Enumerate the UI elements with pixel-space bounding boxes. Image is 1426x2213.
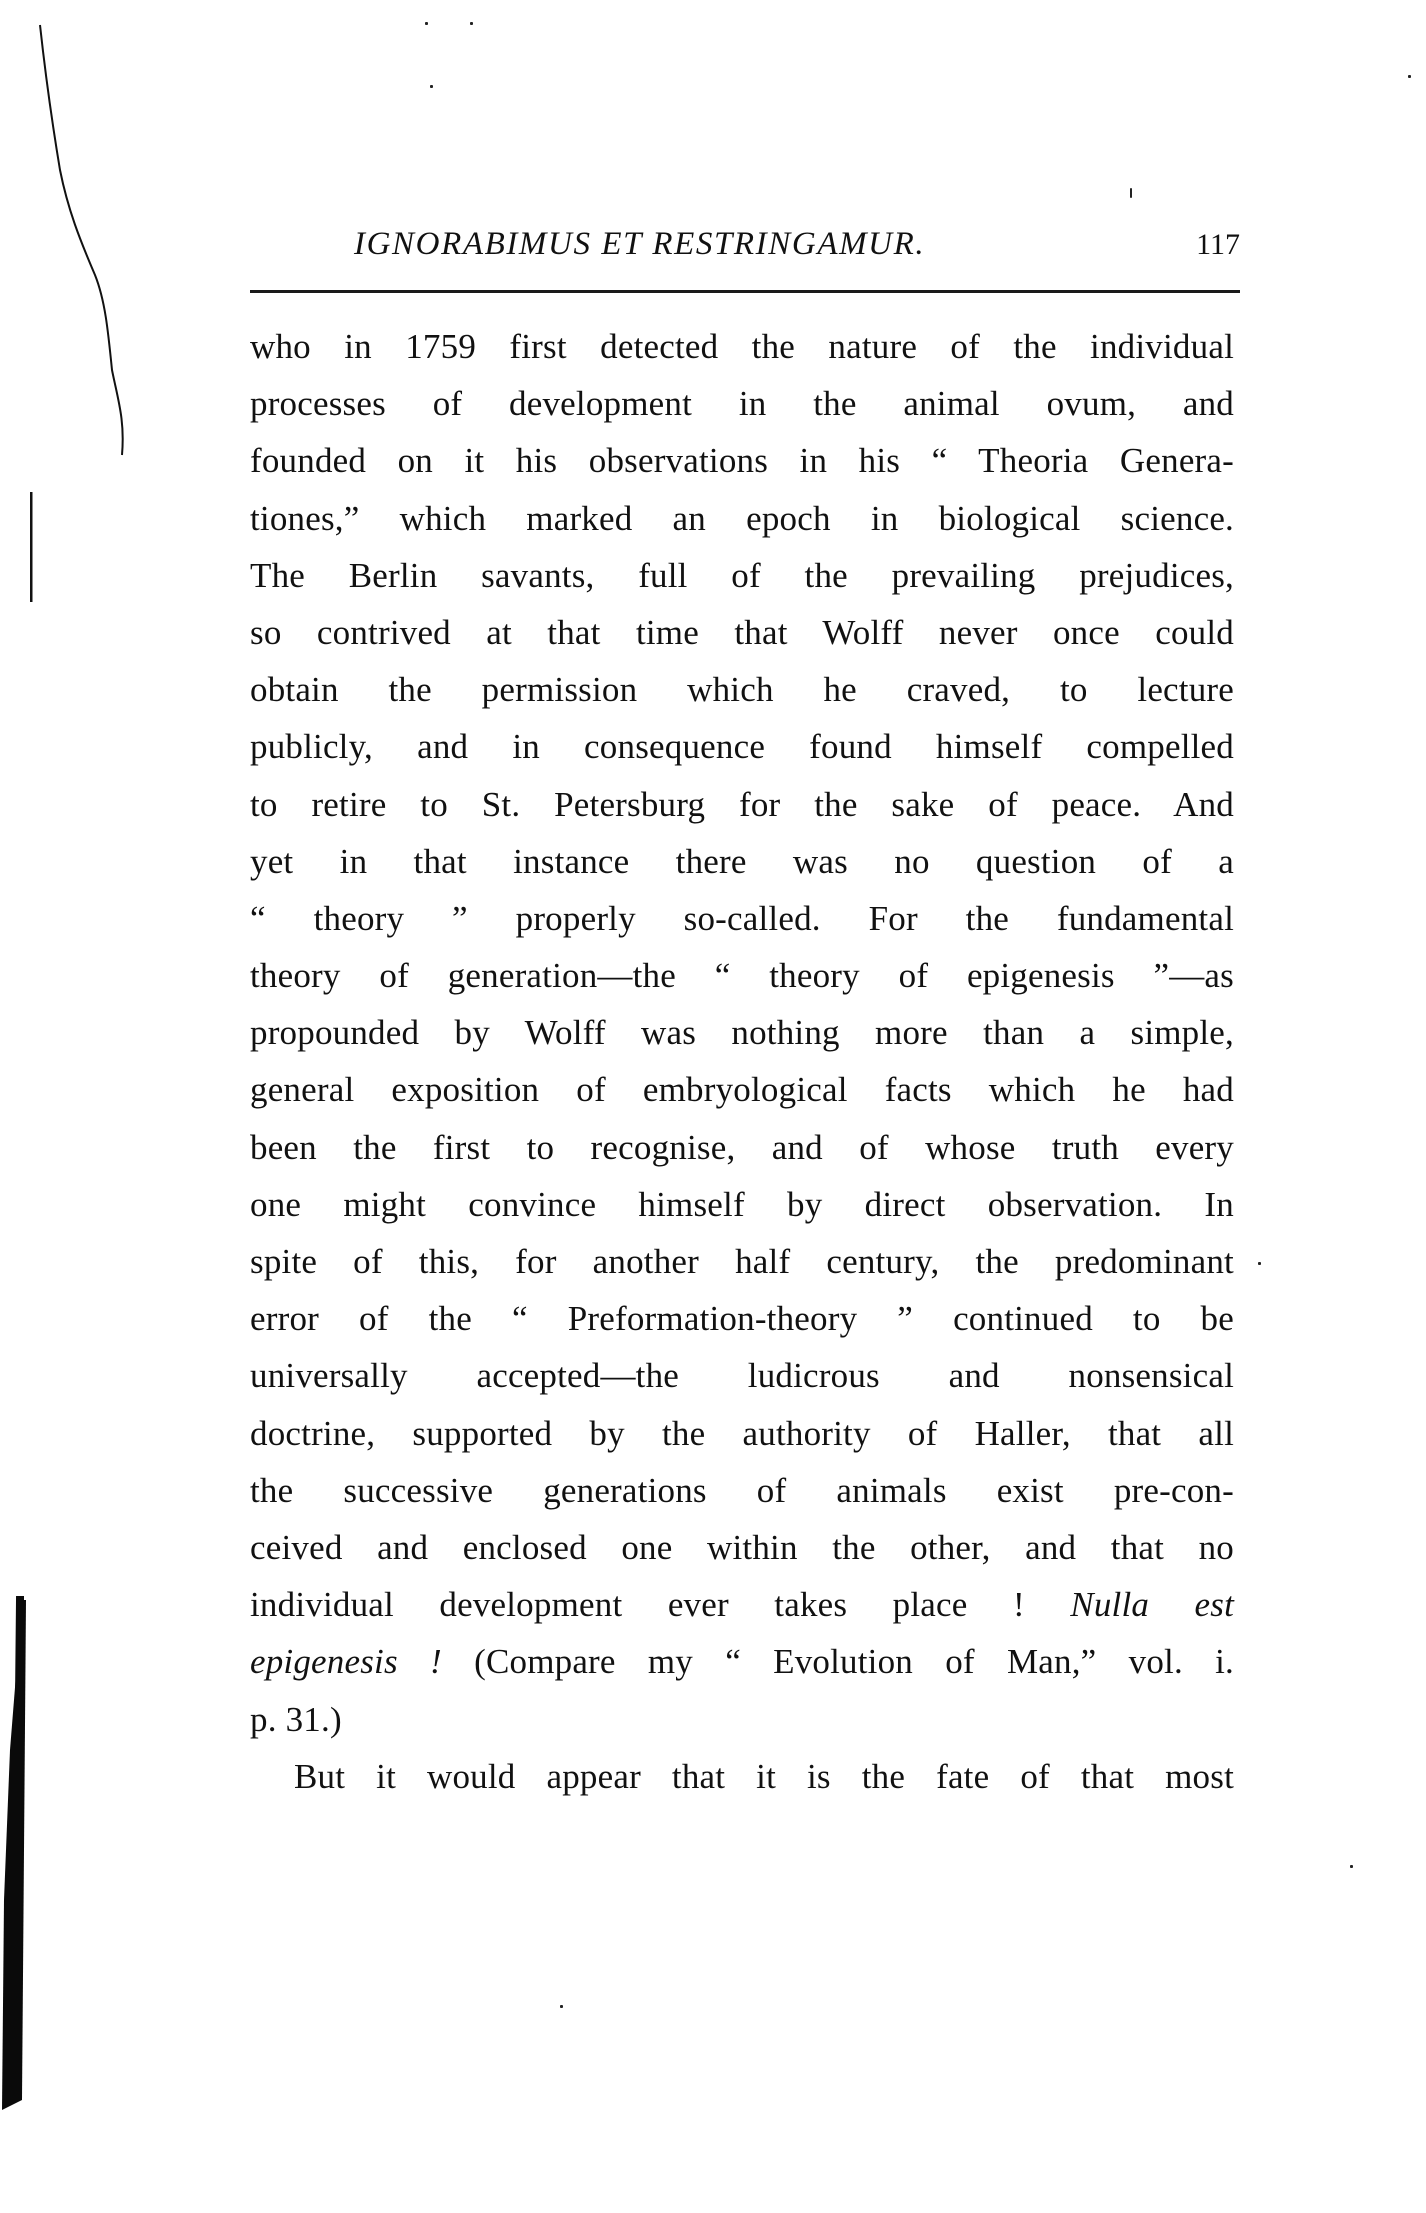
paragraph-start-line: But it would appear that it is the fate … bbox=[250, 1748, 1234, 1805]
scan-speck bbox=[1258, 1262, 1261, 1265]
scan-speck bbox=[425, 22, 428, 25]
scan-speck bbox=[1130, 188, 1132, 198]
text-line: processes of development in the animal o… bbox=[250, 375, 1234, 432]
text-line: been the first to recognise, and of whos… bbox=[250, 1119, 1234, 1176]
scan-speck bbox=[1408, 75, 1411, 78]
text-line: ceived and enclosed one within the other… bbox=[250, 1519, 1234, 1576]
text-line: publicly, and in consequence found himse… bbox=[250, 718, 1234, 775]
text-line: universally accepted—the ludicrous and n… bbox=[250, 1347, 1234, 1404]
book-page: IGNORABIMUS ET RESTRINGAMUR. 117 who in … bbox=[0, 0, 1426, 2213]
text-line: who in 1759 first detected the nature of… bbox=[250, 318, 1234, 375]
text-line: doctrine, supported by the authority of … bbox=[250, 1405, 1234, 1462]
running-head: IGNORABIMUS ET RESTRINGAMUR. 117 bbox=[250, 222, 1240, 282]
text-line: error of the “ Preformation-theory ” con… bbox=[250, 1290, 1234, 1347]
text-line: theory of generation—the “ theory of epi… bbox=[250, 947, 1234, 1004]
citation: (Compare my “ Evolution of Man,” vol. i. bbox=[474, 1642, 1234, 1681]
text-line: obtain the permission which he craved, t… bbox=[250, 661, 1234, 718]
text-segment: individual development ever takes place … bbox=[250, 1585, 1025, 1624]
page-number: 117 bbox=[1196, 228, 1240, 262]
text-line: The Berlin savants, full of the prevaili… bbox=[250, 547, 1234, 604]
text-line: the successive generations of animals ex… bbox=[250, 1462, 1234, 1519]
text-line: founded on it his observations in his “ … bbox=[250, 432, 1234, 489]
text-line: individual development ever takes place … bbox=[250, 1576, 1234, 1633]
scan-speck bbox=[1350, 1865, 1353, 1868]
text-line: one might convince himself by direct obs… bbox=[250, 1176, 1234, 1233]
scan-speck bbox=[430, 85, 433, 88]
running-title: IGNORABIMUS ET RESTRINGAMUR. bbox=[354, 226, 925, 263]
text-line: yet in that instance there was no questi… bbox=[250, 833, 1234, 890]
scan-speck bbox=[470, 22, 473, 25]
latin-phrase: Nulla est bbox=[1070, 1585, 1234, 1624]
text-line: to retire to St. Petersburg for the sake… bbox=[250, 776, 1234, 833]
latin-phrase: epigenesis ! bbox=[250, 1642, 442, 1681]
text-line: propounded by Wolff was nothing more tha… bbox=[250, 1004, 1234, 1061]
scan-speck bbox=[560, 2005, 563, 2008]
text-line: so contrived at that time that Wolff nev… bbox=[250, 604, 1234, 661]
body-text: who in 1759 first detected the nature of… bbox=[250, 318, 1234, 1805]
binding-shadow-artifact bbox=[0, 0, 140, 2213]
text-line: “ theory ” properly so-called. For the f… bbox=[250, 890, 1234, 947]
text-line: epigenesis ! (Compare my “ Evolution of … bbox=[250, 1633, 1234, 1690]
text-line: spite of this, for another half century,… bbox=[250, 1233, 1234, 1290]
text-line: tiones,” which marked an epoch in biolog… bbox=[250, 490, 1234, 547]
text-line: general exposition of embryological fact… bbox=[250, 1061, 1234, 1118]
header-rule bbox=[250, 290, 1240, 293]
text-line: p. 31.) bbox=[250, 1691, 1234, 1748]
